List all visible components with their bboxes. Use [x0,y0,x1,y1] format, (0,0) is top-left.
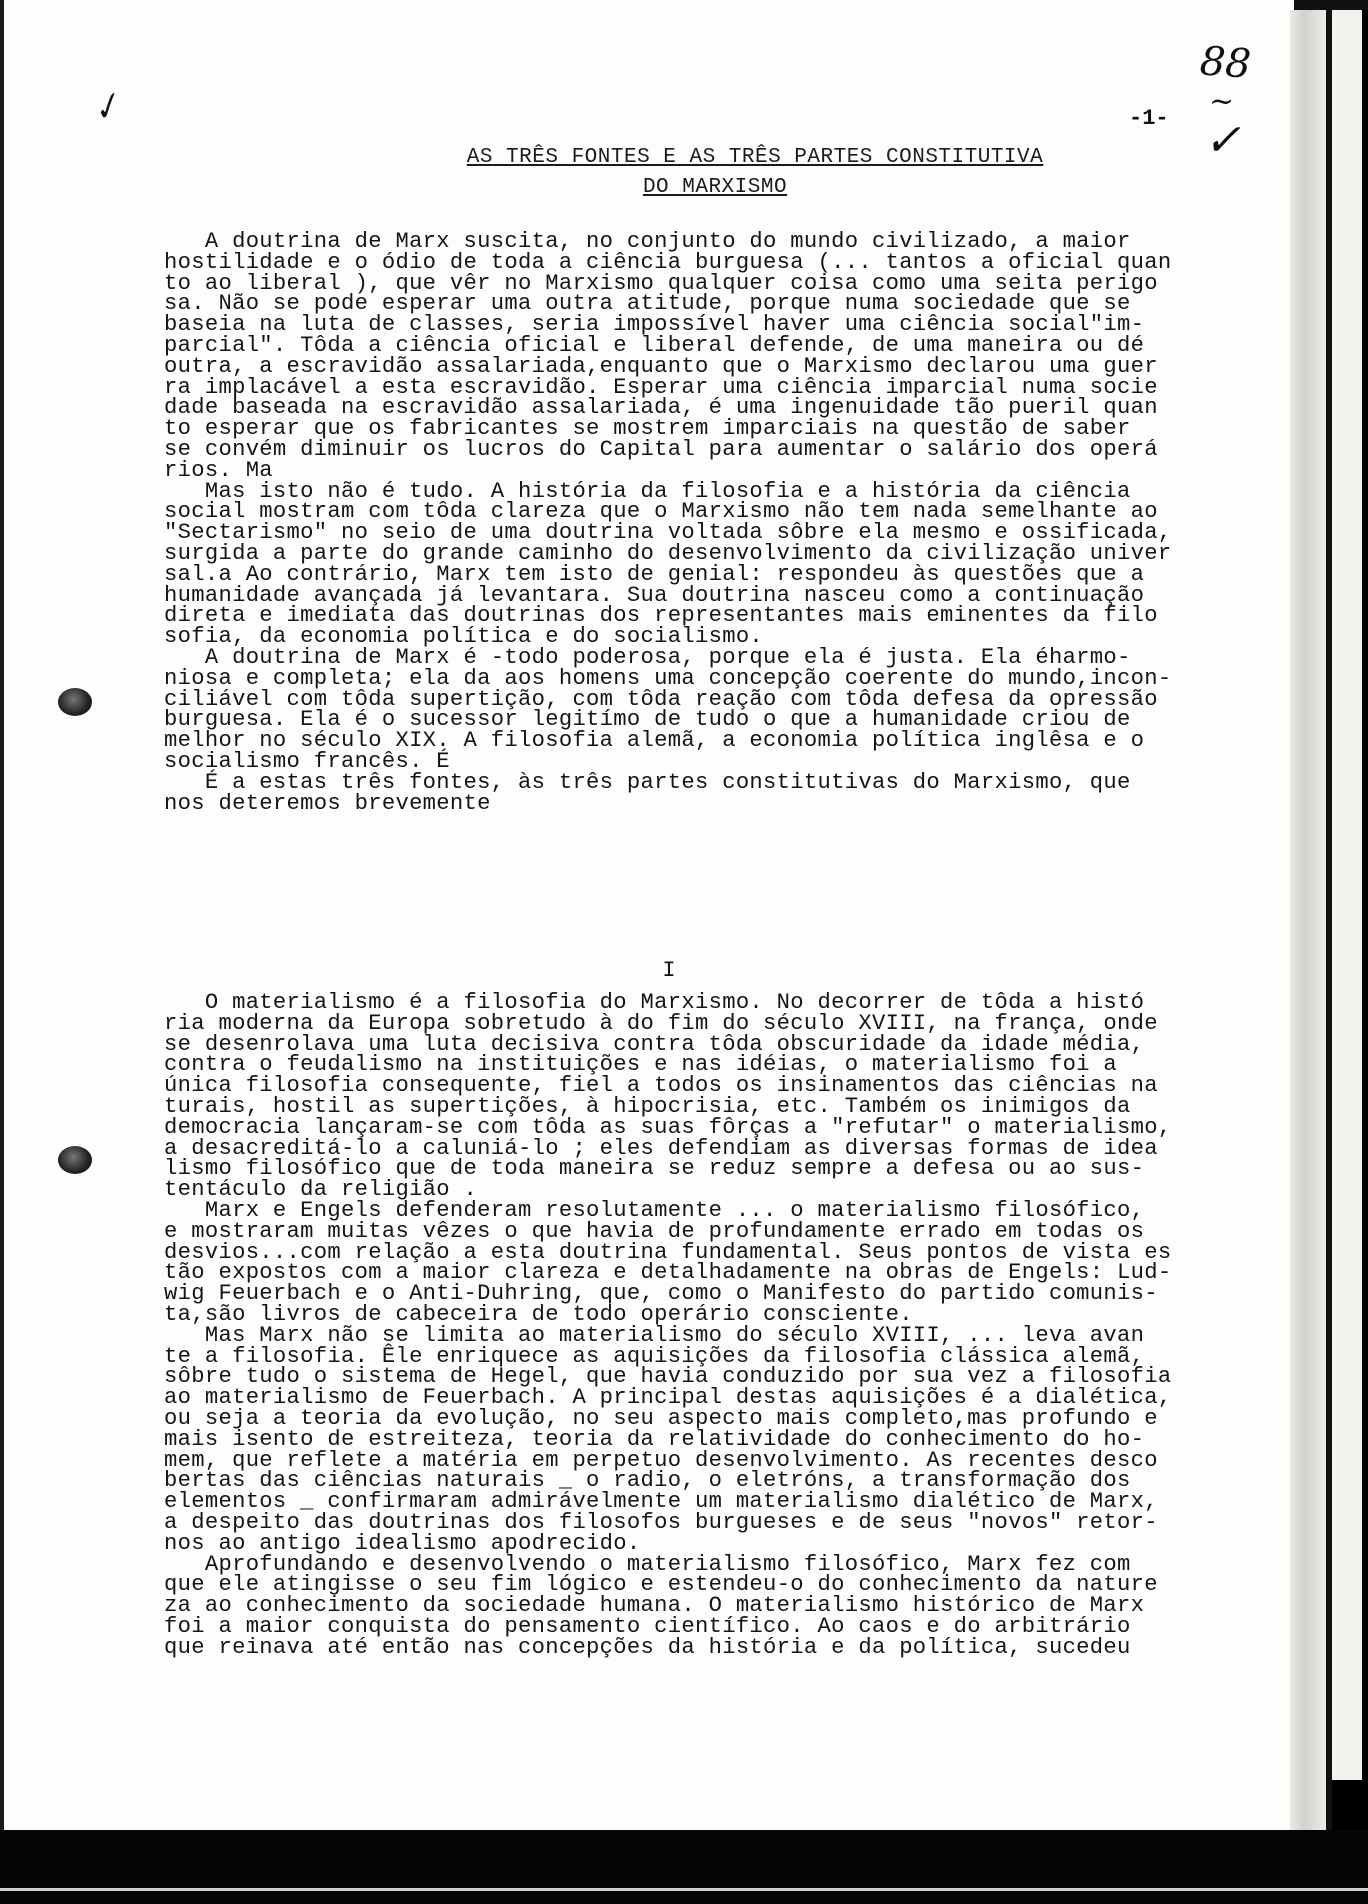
document-title-line-1: AS TRÊS FONTES E AS TRÊS PARTES CONSTITU… [110,146,1368,169]
text-line: que reinava até então nas concepções da … [164,1638,1264,1659]
intro-text: A doutrina de Marx suscita, no conjunto … [164,232,1264,814]
punch-hole-icon [58,1146,92,1174]
text-line: nos deteremos brevemente [164,794,1264,815]
scan-edge-margin [1332,10,1362,1780]
document-title-line-2: DO MARXISMO [70,176,1360,199]
page-number: -1- [1129,106,1169,131]
punch-hole-icon [58,688,92,716]
document-page: 88 ~ ✓ ✓ -1- AS TRÊS FONTES E AS TRÊS PA… [0,0,1294,1830]
handwritten-dash: ~ [1209,84,1234,119]
pen-mark-icon: ✓ [85,84,128,132]
section-text: O materialismo é a filosofia do Marxismo… [164,993,1264,1659]
scan-border-line [0,1888,1368,1891]
scan-edge-strip [1290,10,1332,1830]
handwritten-folio-number: 88 [1198,38,1252,87]
scan-border-bottom [0,1830,1368,1904]
text-line: se convém diminuir os lucros do Capital … [164,440,1264,461]
section-number: I [4,958,1314,983]
